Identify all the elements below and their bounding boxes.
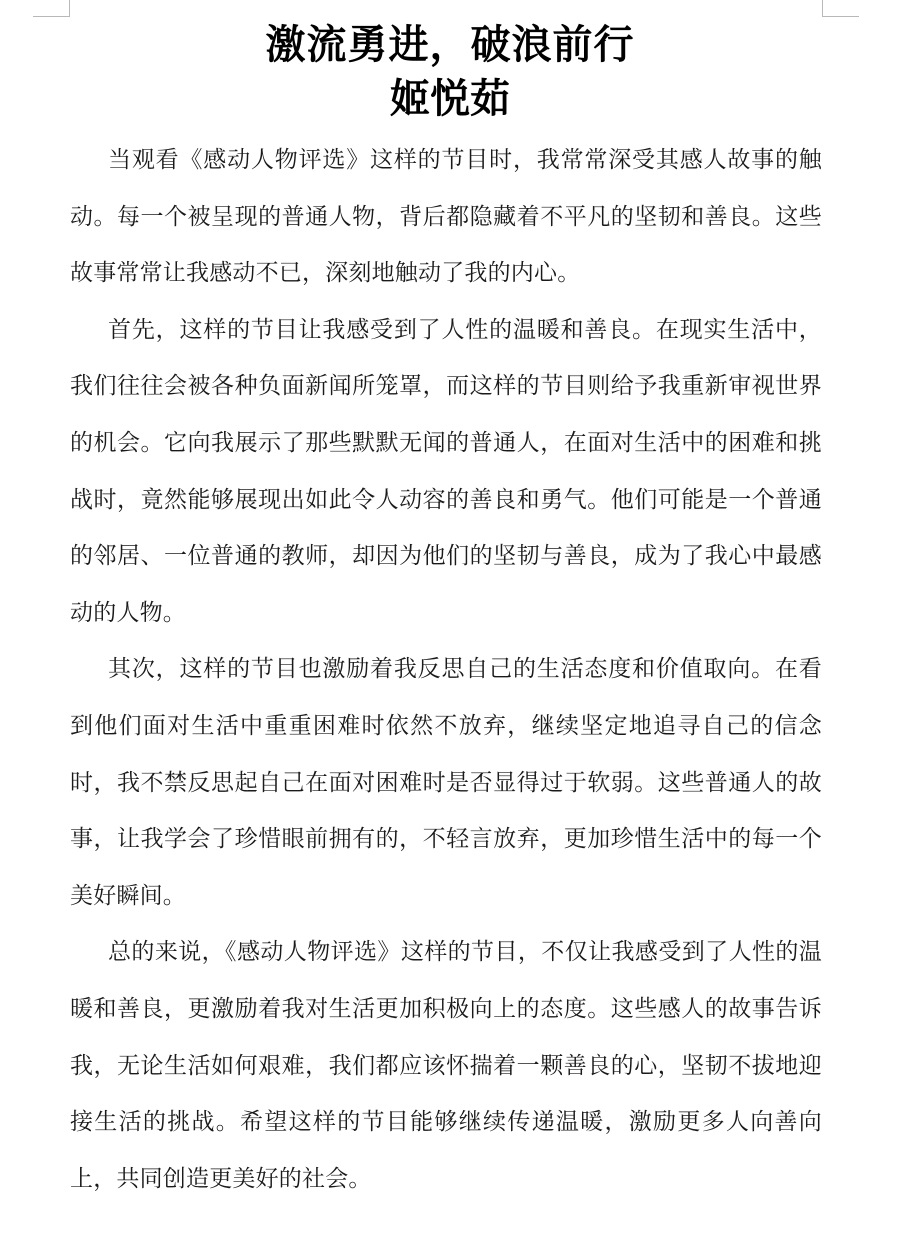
document-author: 姬悦茹 bbox=[0, 72, 900, 126]
document-title: 激流勇进，破浪前行 bbox=[0, 18, 900, 72]
crop-mark-top-right bbox=[822, 0, 859, 17]
paragraph-first-point: 首先，这样的节目让我感受到了人性的温暖和善良。在现实生活中，我们往往会被各种负面… bbox=[70, 302, 822, 642]
title-block: 激流勇进，破浪前行 姬悦茹 bbox=[0, 18, 900, 126]
paragraph-conclusion: 总的来说，《感动人物评选》这样的节目，不仅让我感受到了人性的温暖和善良，更激励着… bbox=[70, 924, 822, 1207]
document-body: 当观看《感动人物评选》这样的节目时，我常常深受其感人故事的触动。每一个被呈现的普… bbox=[70, 132, 822, 1207]
crop-mark-top-left bbox=[33, 0, 70, 17]
paragraph-intro: 当观看《感动人物评选》这样的节目时，我常常深受其感人故事的触动。每一个被呈现的普… bbox=[70, 132, 822, 302]
paragraph-second-point: 其次，这样的节目也激励着我反思自己的生活态度和价值取向。在看到他们面对生活中重重… bbox=[70, 641, 822, 924]
